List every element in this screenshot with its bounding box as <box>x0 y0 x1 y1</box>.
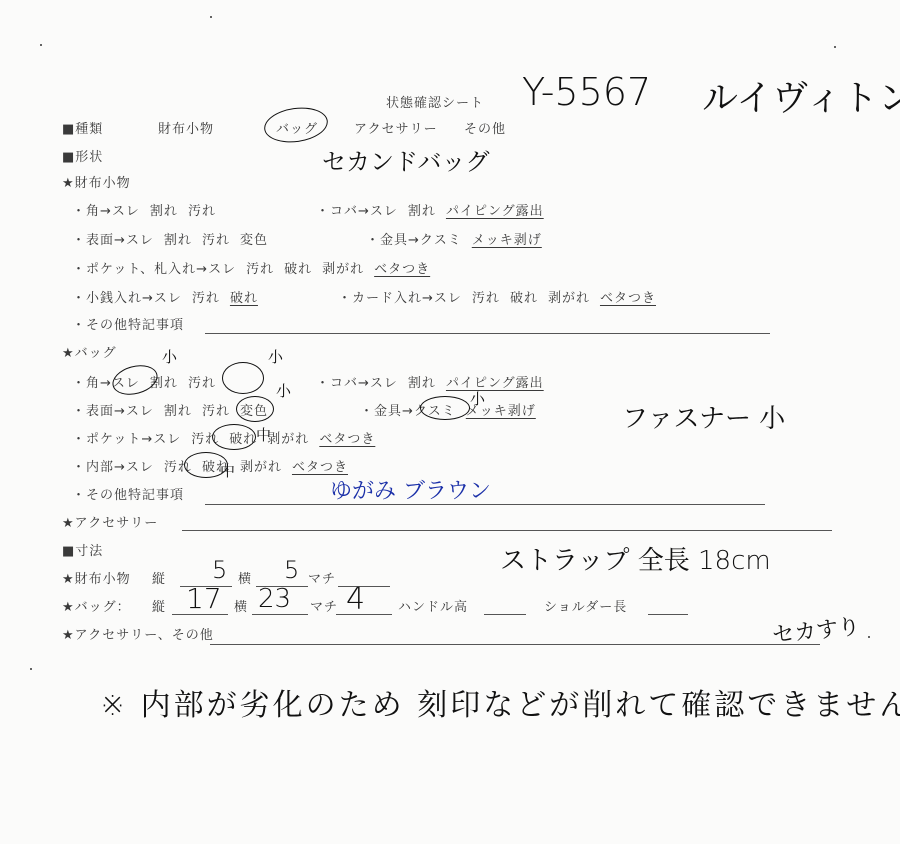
wallet-row-edge: ・コバ→スレ割れパイピング露出 <box>316 200 544 219</box>
footnote: ※ 内部が劣化のため 刻印などが削れて確認できません <box>100 680 900 724</box>
category-option-accessory: アクセサリー <box>354 118 438 137</box>
accessory-dimensions-value: セカすり <box>771 609 862 649</box>
category-option-other: その他 <box>464 118 506 137</box>
selected-circle <box>262 104 330 147</box>
form-title: 状態確認シート <box>386 92 484 111</box>
dimensions-label: ■寸法 <box>62 540 103 559</box>
grade-mark: 中 <box>220 460 235 481</box>
category-option-wallet: 財布小物 <box>158 118 214 137</box>
grade-mark: 小 <box>268 346 283 367</box>
accessory-dimensions-line <box>210 644 820 645</box>
wallet-notes-label: ・その他特記事項 <box>72 314 184 333</box>
circle-pocket-stain <box>212 424 256 450</box>
bag-machi-line <box>336 614 392 615</box>
bag-notes-label: ・その他特記事項 <box>72 484 184 503</box>
brand-name: ルイヴィトン <box>702 70 900 121</box>
handle-height-label: ハンドル高 <box>398 596 468 615</box>
grade-mark: 小 <box>276 380 291 401</box>
wallet-row-surface: ・表面→スレ割れ汚れ変色 <box>72 229 278 248</box>
bag-row-edge: ・コバ→スレ割れパイピング露出 <box>316 372 544 391</box>
bag-tate-line <box>172 614 228 615</box>
wallet-row-corner: ・角→スレ割れ汚れ <box>72 200 226 219</box>
scan-speck <box>30 668 32 670</box>
bag-yoko-label: 横 <box>234 596 248 615</box>
zipper-note: ファスナー 小 <box>622 398 785 435</box>
wallet-machi-label: マチ <box>308 568 336 587</box>
circle-surface-stain <box>236 396 274 422</box>
wallet-yoko-label: 横 <box>238 568 252 587</box>
wallet-row-coin: ・小銭入れ→スレ汚れ破れ <box>72 287 258 306</box>
shoulder-length-label: ショルダー長 <box>544 596 627 615</box>
scan-speck <box>834 46 836 48</box>
wallet-dimensions: ★財布小物 <box>62 568 131 587</box>
wallet-row-pocket: ・ポケット、札入れ→スレ汚れ破れ剥がれベタつき <box>72 258 430 277</box>
category-label: ■種類 <box>62 118 103 137</box>
shape-label: ■形状 <box>62 146 103 165</box>
accessory-line <box>182 530 832 531</box>
bag-machi-value: 4 <box>346 582 365 617</box>
grade-mark: 小 <box>470 388 485 409</box>
shoulder-length-line <box>648 614 688 615</box>
circle-corner-stain <box>222 362 264 394</box>
handle-height-line <box>484 614 526 615</box>
bag-tate-value: 17 <box>186 582 222 615</box>
scan-speck <box>868 636 870 638</box>
grade-mark: 中 <box>256 424 271 445</box>
shape-value: セカンドバッグ <box>322 142 490 177</box>
bag-yoko-value: 23 <box>258 584 291 614</box>
bag-notes-line <box>205 504 765 505</box>
wallet-row-hardware: ・金具→クスミメッキ剥げ <box>366 229 542 248</box>
bag-dimensions-label: ★バッグ： <box>62 596 131 615</box>
strap-note: ストラップ 全長 18cm <box>500 540 771 577</box>
bag-machi-label: マチ <box>310 596 338 615</box>
bag-tate-label: 縦 <box>152 596 166 615</box>
circle-corner-scuff <box>109 361 161 400</box>
scan-speck <box>210 16 212 18</box>
accessory-section-title: ★アクセサリー <box>62 512 158 531</box>
item-code: Y-5567 <box>522 70 651 114</box>
wallet-tate-value: 5 <box>212 556 227 584</box>
bag-section-title: ★バッグ <box>62 342 117 361</box>
grade-mark: 小 <box>162 346 177 367</box>
bag-yoko-line <box>252 614 308 615</box>
wallet-yoko-value: 5 <box>284 556 299 584</box>
wallet-row-card: ・カード入れ→スレ汚れ破れ剥がれベタつき <box>338 287 656 306</box>
wallet-tate-label: 縦 <box>152 568 166 587</box>
scan-speck <box>40 44 42 46</box>
bag-notes-value: ゆがみ ブラウン <box>330 474 491 505</box>
wallet-section-title: ★財布小物 <box>62 172 131 191</box>
accessory-dimensions-label: ★アクセサリー、その他 <box>62 624 214 643</box>
wallet-notes-line <box>205 333 770 334</box>
circle-hardware-dull <box>420 396 470 420</box>
